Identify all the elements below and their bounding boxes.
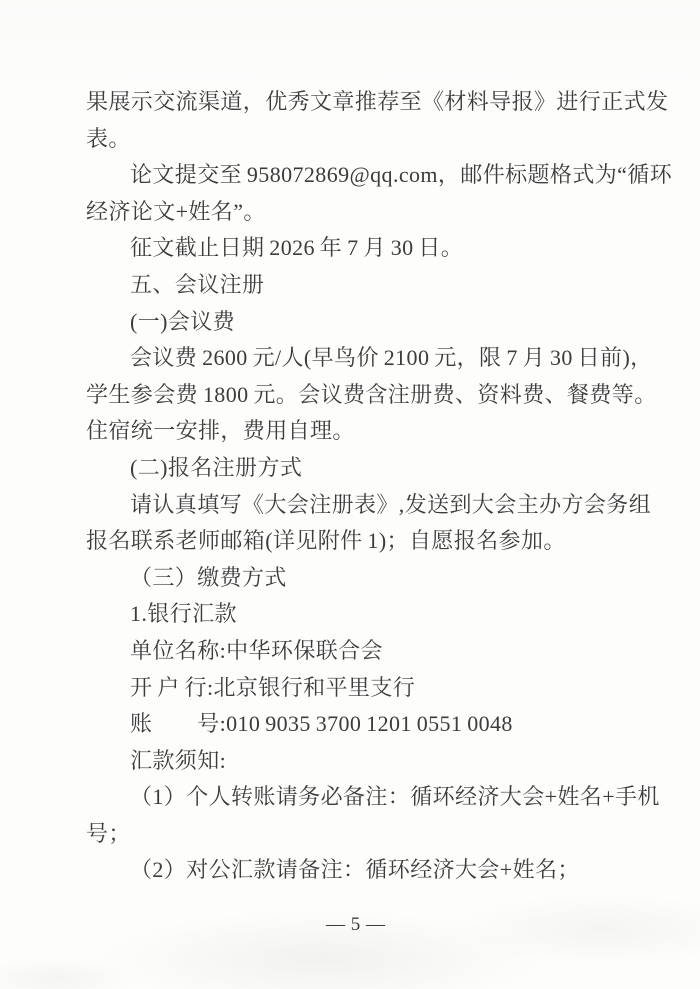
document-line: 经济论文+姓名”。 — [86, 194, 626, 231]
document-line: 1.银行汇款 — [86, 596, 626, 633]
document-line: (一)会议费 — [86, 304, 626, 341]
document-line: 果展示交流渠道，优秀文章推荐至《材料导报》进行正式发 — [86, 84, 626, 121]
document-line: 号； — [86, 816, 626, 853]
document-line: 住宿统一安排，费用自理。 — [86, 413, 626, 450]
document-line: 账 号:010 9035 3700 1201 0551 0048 — [86, 706, 626, 743]
document-page: 果展示交流渠道，优秀文章推荐至《材料导报》进行正式发表。论文提交至 958072… — [0, 0, 700, 989]
document-line: 五、会议注册 — [86, 267, 626, 304]
document-line: 单位名称:中华环保联合会 — [86, 633, 626, 670]
document-line: 请认真填写《大会注册表》,发送到大会主办方会务组 — [86, 487, 626, 524]
document-line: (二)报名注册方式 — [86, 450, 626, 487]
document-line: 论文提交至 958072869@qq.com，邮件标题格式为“循环 — [86, 157, 626, 194]
document-line: 报名联系老师邮箱(详见附件 1)；自愿报名参加。 — [86, 523, 626, 560]
document-line: （三）缴费方式 — [86, 560, 626, 597]
document-line: 学生参会费 1800 元。会议费含注册费、资料费、餐费等。 — [86, 377, 626, 414]
page-number: — 5 — — [86, 913, 626, 937]
document-line: 汇款须知: — [86, 743, 626, 780]
document-line: （1）个人转账请务必备注：循环经济大会+姓名+手机 — [86, 779, 626, 816]
document-body: 果展示交流渠道，优秀文章推荐至《材料导报》进行正式发表。论文提交至 958072… — [86, 84, 626, 937]
document-line: 开 户 行:北京银行和平里支行 — [86, 670, 626, 707]
document-line: 征文截止日期 2026 年 7 月 30 日。 — [86, 230, 626, 267]
document-line: （2）对公汇款请备注：循环经济大会+姓名； — [86, 852, 626, 889]
document-line: 表。 — [86, 121, 626, 158]
document-line: 会议费 2600 元/人(早鸟价 2100 元，限 7 月 30 日前)， — [86, 340, 626, 377]
